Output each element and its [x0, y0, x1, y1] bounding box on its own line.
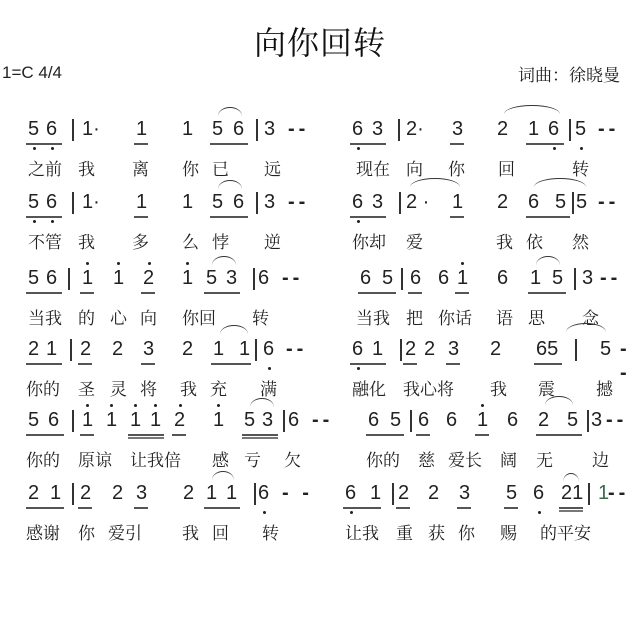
lyric: 撼 — [596, 375, 613, 400]
lyric: 灵 — [110, 375, 127, 400]
lyric: 你的 — [26, 446, 60, 471]
lyric: 我 — [78, 228, 95, 253]
key-signature: 1=C 4/4 — [2, 63, 62, 83]
lyric: 之前 — [28, 155, 62, 180]
lyric: 然 — [572, 228, 589, 253]
lyric: 我 — [496, 228, 513, 253]
lyric: 融化 — [352, 375, 386, 400]
lyric: 你却 — [352, 228, 386, 253]
lyric: 无 — [536, 446, 553, 471]
lyric: 我 — [78, 155, 95, 180]
lyric: 你 — [182, 155, 199, 180]
lyric: 慈 — [418, 446, 435, 471]
lyric: 圣 — [78, 375, 95, 400]
lyric: 边 — [592, 446, 609, 471]
lyric: 的平安 — [540, 519, 591, 544]
lyric: 逆 — [264, 228, 281, 253]
lyric: 你 — [458, 519, 475, 544]
lyric: 心 — [110, 304, 127, 329]
lyric: 满 — [260, 375, 277, 400]
lyric: 你的 — [366, 446, 400, 471]
lyric: 现在 — [356, 155, 390, 180]
lyric: 么 — [182, 228, 199, 253]
lyric: 把 — [406, 304, 423, 329]
lyric: 向 — [406, 155, 423, 180]
lyric: 转 — [252, 304, 269, 329]
lyric: 我 — [180, 375, 197, 400]
lyric: 将 — [140, 375, 157, 400]
lyric: 离 — [132, 155, 149, 180]
score-line-2: 56 1· 1 1 56 3 -- 63 2 · 1 2 65 5 -- 不管 … — [0, 190, 640, 260]
score-line-6: 21 2 2 3 2 11 6 - - 61 2 2 3 5 6 21 1 --… — [0, 481, 640, 551]
lyric: 转 — [262, 519, 279, 544]
lyric: 爱引 — [108, 519, 142, 544]
lyric: 回 — [498, 155, 515, 180]
lyric: 思 — [528, 304, 545, 329]
lyric: 当我 — [28, 304, 62, 329]
lyric: 感 — [212, 446, 229, 471]
score-line-3: 56 1 1 2 1 53 6 -- 65 6 6 1 6 15 3 -- 当我… — [0, 266, 640, 336]
score-line-5: 56 1 1 1 1 2 1 53 6 -- 65 6 6 1 6 25 3 -… — [0, 408, 640, 478]
lyric: 充 — [210, 375, 227, 400]
author-credit: 词曲：徐晓曼 — [518, 61, 620, 86]
lyric: 重 — [396, 519, 413, 544]
lyric: 我 — [182, 519, 199, 544]
lyric: 我 — [490, 375, 507, 400]
score-line-4: 21 2 2 3 2 11 6 -- 61 2 2 3 2 65 5 -- 你的… — [0, 337, 640, 407]
lyric: 感谢 — [26, 519, 60, 544]
lyric: 向 — [140, 304, 157, 329]
lyric: 语 — [496, 304, 513, 329]
lyric: 回 — [212, 519, 229, 544]
lyric: 你话 — [438, 304, 472, 329]
lyric: 当我 — [356, 304, 390, 329]
lyric: 你 — [448, 155, 465, 180]
lyric: 远 — [264, 155, 281, 180]
lyric: 你 — [78, 519, 95, 544]
lyric: 爱 — [406, 228, 423, 253]
lyric: 你的 — [26, 375, 60, 400]
lyric: 不管 — [28, 228, 62, 253]
lyric: 让我倍 — [130, 446, 181, 471]
lyric: 让我 — [345, 519, 379, 544]
lyric: 已 — [212, 155, 229, 180]
song-title: 向你回转 — [0, 18, 640, 64]
lyric: 阔 — [500, 446, 517, 471]
lyric: 多 — [132, 228, 149, 253]
lyric: 爱长 — [448, 446, 482, 471]
lyric: 获 — [428, 519, 445, 544]
lyric: 亏 — [244, 446, 261, 471]
lyric: 悖 — [212, 228, 229, 253]
lyric: 欠 — [284, 446, 301, 471]
lyric: 赐 — [500, 519, 517, 544]
lyric: 我心将 — [403, 375, 454, 400]
score-line-1: 56 1· 1 1 56 3 -- 63 2· 3 2 16 5 -- 之前 我… — [0, 117, 640, 187]
lyric: 依 — [526, 228, 543, 253]
lyric: 的 — [78, 304, 95, 329]
lyric: 原谅 — [78, 446, 112, 471]
lyric: 转 — [572, 155, 589, 180]
lyric: 你回 — [182, 304, 216, 329]
